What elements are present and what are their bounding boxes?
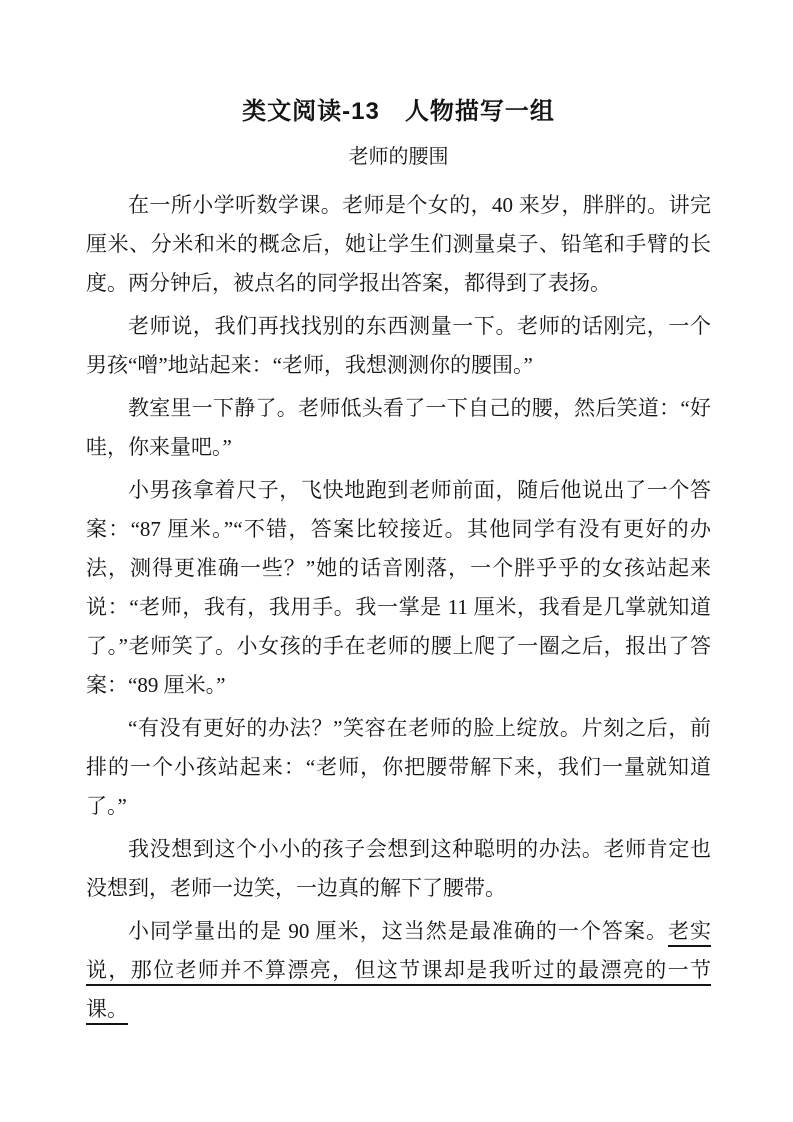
paragraph-5: “有没有更好的办法？”笑容在老师的脸上绽放。片刻之后，前排的一个小孩站起来：“老… <box>86 709 711 826</box>
page-title: 类文阅读-13 人物描写一组 <box>86 97 711 127</box>
document-content: 类文阅读-13 人物描写一组 老师的腰围 在一所小学听数学课。老师是个女的，40… <box>0 0 793 1029</box>
paragraph-3: 教室里一下静了。老师低头看了一下自己的腰，然后笑道：“好哇，你来量吧。” <box>86 389 711 467</box>
article-title: 老师的腰围 <box>86 144 711 170</box>
final-paragraph-normal-text: 小同学量出的是 90 厘米，这当然是最准确的一个答案。 <box>128 919 668 943</box>
paragraph-6: 我没想到这个小小的孩子会想到这种聪明的办法。老师肯定也没想到，老师一边笑，一边真… <box>86 830 711 908</box>
document-page: 类文阅读-13 人物描写一组 老师的腰围 在一所小学听数学课。老师是个女的，40… <box>0 0 793 1122</box>
paragraph-7: 小同学量出的是 90 厘米，这当然是最准确的一个答案。老实说，那位老师并不算漂亮… <box>86 912 711 1029</box>
paragraph-1: 在一所小学听数学课。老师是个女的，40 来岁，胖胖的。讲完厘米、分米和米的概念后… <box>86 186 711 303</box>
paragraph-4: 小男孩拿着尺子，飞快地跑到老师前面，随后他说出了一个答案：“87 厘米。”“不错… <box>86 471 711 705</box>
paragraph-2: 老师说，我们再找找别的东西测量一下。老师的话刚完，一个男孩“噌”地站起来：“老师… <box>86 307 711 385</box>
